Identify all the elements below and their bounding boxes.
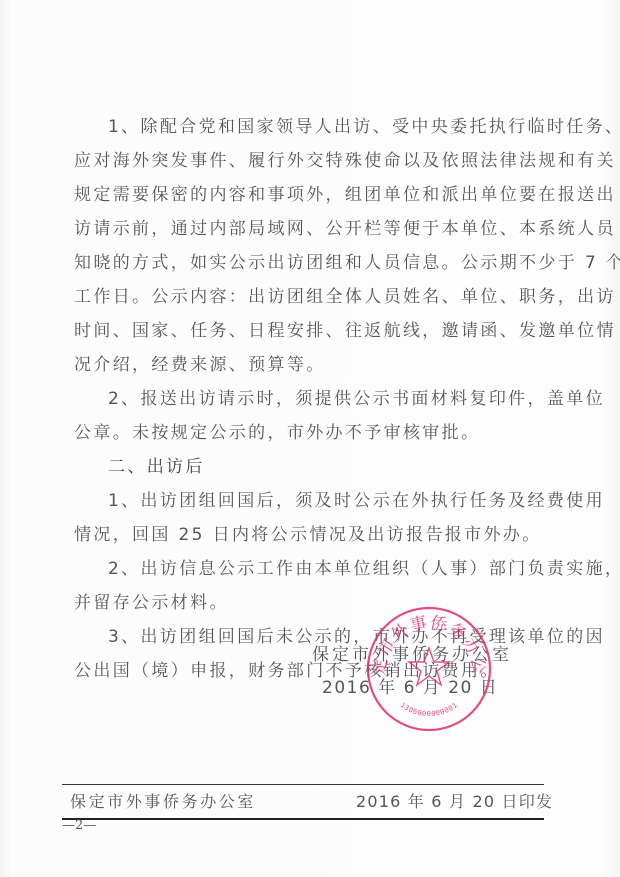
paragraph-1-line-7: 时间、国家、任务、日程安排、往返航线，邀请函、发邀单位情 [74, 314, 616, 348]
paragraph-1-line-4: 访请示前，通过内部局域网、公开栏等便于本单位、本系统人员 [74, 212, 616, 246]
signature-org: 保定市外事侨务办公室 [312, 640, 512, 665]
paragraph-4-line-2: 并留存公示材料。 [74, 586, 229, 620]
paragraph-3-line-1: 1、出访团组回国后，须及时公示在外执行任务及经费使用 [108, 484, 605, 518]
signature-date: 2016 年 6 月 20 日 [322, 673, 498, 698]
paragraph-1-line-1: 1、除配合党和国家领导人出访、受中央委托执行临时任务、 [108, 110, 620, 144]
footer-bottom-rule [62, 818, 544, 820]
paragraph-2-line-1: 2、报送出访请示时，须提供公示书面材料复印件，盖单位 [108, 382, 605, 416]
svg-text:1306000000001: 1306000000001 [399, 701, 460, 718]
paragraph-2-line-2: 公章。未按规定公示的，市外办不予审核审批。 [74, 416, 480, 450]
document-page: 1、除配合党和国家领导人出访、受中央委托执行临时任务、 应对海外突发事件、履行外… [0, 0, 620, 877]
footer-issuing-org: 保定市外事侨务办公室 [70, 789, 256, 812]
footer-top-rule [62, 784, 544, 785]
paragraph-1-line-6: 工作日。公示内容：出访团组全体人员姓名、单位、职务，出访 [74, 280, 616, 314]
paragraph-3-line-2: 情况，回国 25 日内将公示情况及出访报告报市外办。 [74, 518, 542, 552]
section-heading-after-visit: 二、出访后 [108, 450, 205, 484]
page-number: —2— [62, 818, 96, 833]
paragraph-1-line-3: 规定需要保密的内容和事项外，组团单位和派出单位要在报送出 [74, 178, 616, 212]
paragraph-1-line-2: 应对海外突发事件、履行外交特殊使命以及依照法律法规和有关 [74, 144, 616, 178]
paragraph-1-line-8: 况介绍，经费来源、预算等。 [74, 348, 326, 382]
seal-serial: 1306000000001 [399, 701, 460, 718]
footer-print-date: 2016 年 6 月 20 日印发 [356, 789, 553, 812]
paragraph-1-line-5: 知晓的方式，如实公示出访团组和人员信息。公示期不少于 7 个 [74, 246, 620, 280]
paragraph-4-line-1: 2、出访信息公示工作由本单位组织（人事）部门负责实施， [108, 552, 620, 586]
